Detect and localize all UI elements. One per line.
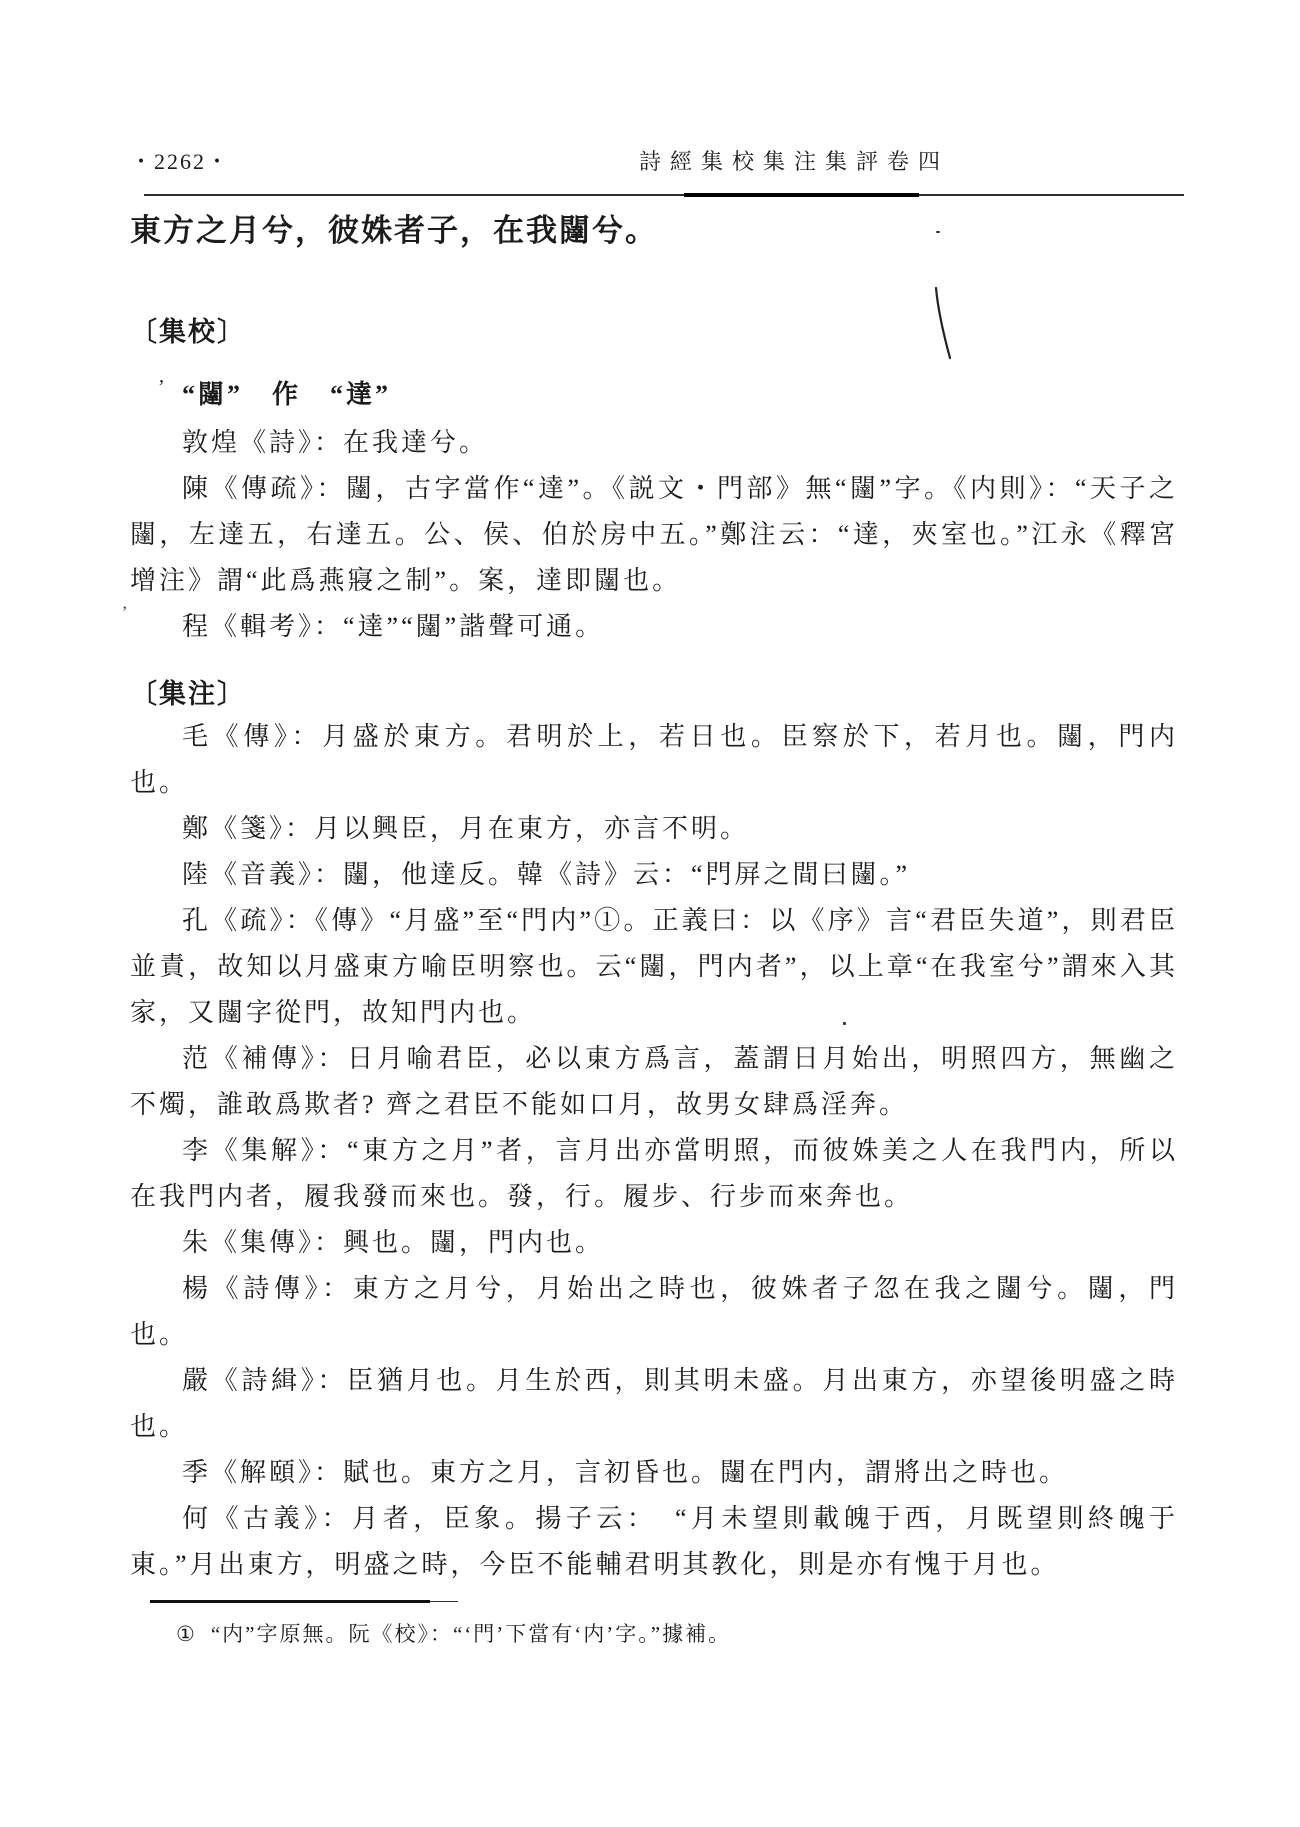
variant-note: “闥” 作 “達”	[130, 372, 1178, 418]
jixiao-paragraph: 敦煌《詩》：在我達兮。	[130, 420, 1178, 466]
header-rule	[144, 194, 1184, 196]
footnote-divider	[150, 1600, 430, 1603]
jizhu-paragraph: 何《古義》：月者，臣象。揚子云： “月未望則載魄于西，月既望則終魄于東。”月出東…	[130, 1496, 1178, 1588]
jizhu-paragraph: 陸《音義》：闥，他達反。韓《詩》云：“門屏之間曰闥。”	[130, 852, 1178, 898]
jixiao-paragraph: 陳《傳疏》：闥，古字當作“達”。《説文・門部》無“闥”字。《内則》：“天子之闥，…	[130, 466, 1178, 604]
stray-tick-artifact: ’	[122, 604, 127, 622]
jizhu-paragraph: 毛《傳》：月盛於東方。君明於上，若日也。臣察於下，若月也。闥，門内也。	[130, 714, 1178, 806]
jizhu-paragraph: 季《解頤》：賦也。東方之月，言初昏也。闥在門内，謂將出之時也。	[130, 1450, 1178, 1496]
jizhu-paragraph: 楊《詩傳》：東方之月兮，月始出之時也，彼姝者子忽在我之闥兮。闥，門也。	[130, 1266, 1178, 1358]
jizhu-paragraph: 嚴《詩緝》：臣猶月也。月生於西，則其明未盛。月出東方，亦望後明盛之時也。	[130, 1358, 1178, 1450]
jixiao-paragraph: 程《輯考》：“達”“闥”諧聲可通。	[130, 604, 1178, 650]
jizhu-paragraph: 朱《集傳》：興也。闥，門内也。	[130, 1220, 1178, 1266]
section-heading-jizhu: 〔集注〕	[130, 674, 1178, 714]
jizhu-paragraph: 范《補傳》：日月喻君臣，必以東方爲言，蓋謂日月始出，明照四方，無幽之不燭，誰敢爲…	[130, 1036, 1178, 1128]
jizhu-paragraph: 李《集解》：“東方之月”者，言月出亦當明照，而彼姝美之人在我門内，所以在我門内者…	[130, 1128, 1178, 1220]
jixiao-body: 敦煌《詩》：在我達兮。 陳《傳疏》：闥，古字當作“達”。《説文・門部》無“闥”字…	[130, 420, 1178, 650]
footnote-marker: ①	[176, 1622, 197, 1646]
jizhu-paragraph: 鄭《箋》：月以興臣，月在東方，亦言不明。	[130, 806, 1178, 852]
footnote: ①“内”字原無。阮《校》：“‘門’下當有‘内’字。”據補。	[130, 1619, 1178, 1649]
running-title: 詩經集校集注集評卷四	[370, 145, 1218, 176]
jizhu-body: 毛《傳》：月盛於東方。君明於上，若日也。臣察於下，若月也。闥，門内也。 鄭《箋》…	[130, 714, 1178, 1588]
poem-line: 東方之月兮，彼姝者子，在我闥兮。	[130, 208, 1178, 254]
page-content: ・2262・ 詩經集校集注集評卷四 東方之月兮，彼姝者子，在我闥兮。 〔集校〕 …	[130, 146, 1178, 1649]
section-heading-jixiao: 〔集校〕	[130, 312, 1178, 352]
footnote-text: “内”字原無。阮《校》：“‘門’下當有‘内’字。”據補。	[211, 1622, 731, 1646]
page-number: ・2262・	[130, 145, 330, 176]
jizhu-paragraph: 孔《疏》：《傳》“月盛”至“門内”①。正義曰：以《序》言“君臣失道”，則君臣並責…	[130, 898, 1178, 1036]
running-header: ・2262・ 詩經集校集注集評卷四	[130, 146, 1178, 176]
book-page: ・2262・ 詩經集校集注集評卷四 東方之月兮，彼姝者子，在我闥兮。 〔集校〕 …	[0, 0, 1300, 1827]
